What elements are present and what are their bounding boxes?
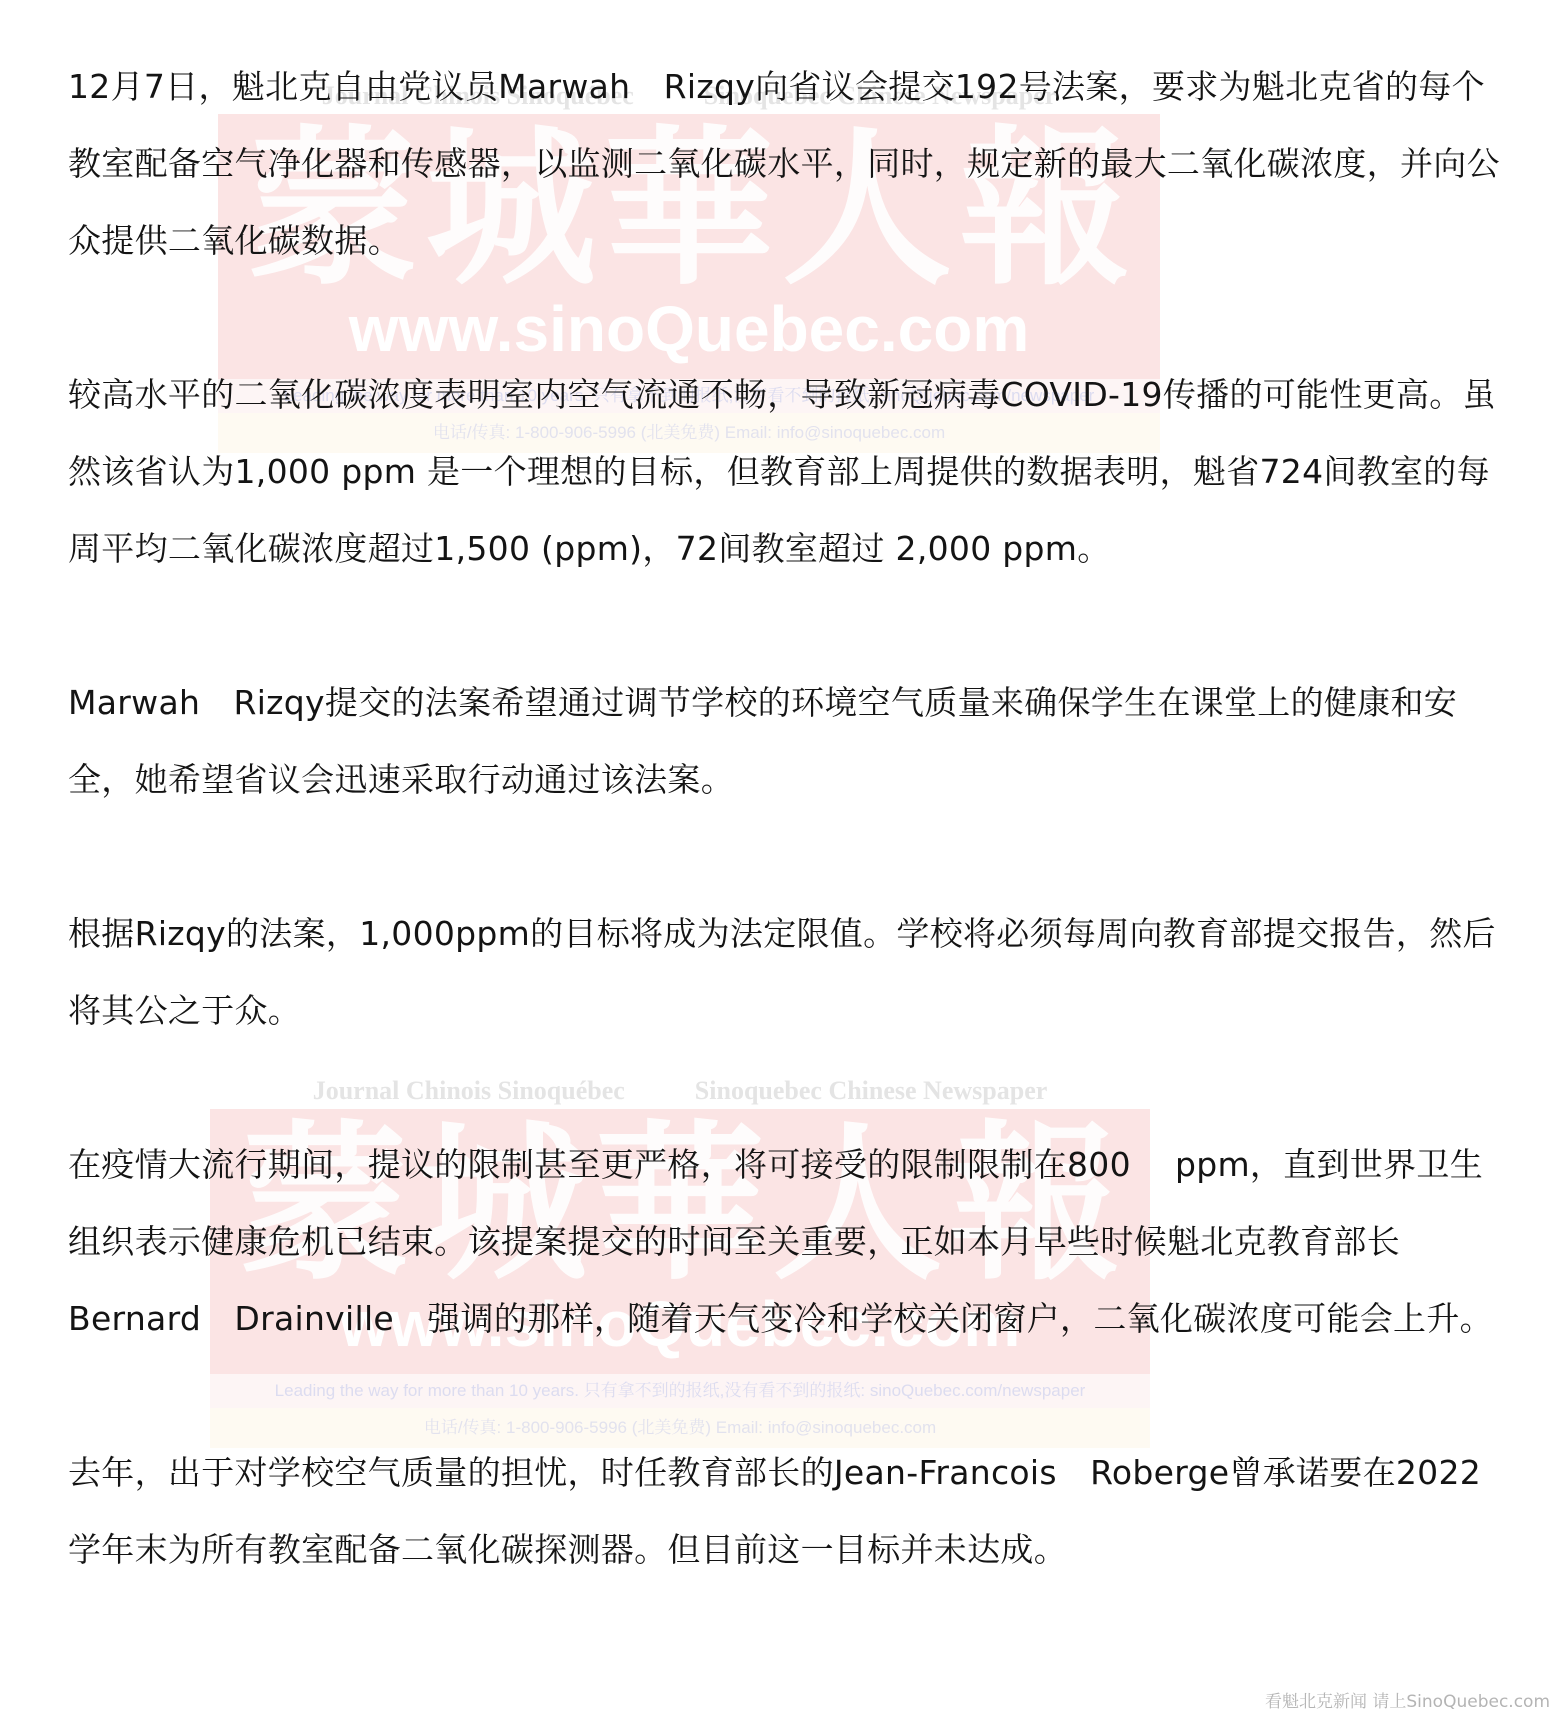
- article-paragraph: 根据Rizqy的法案，1,000ppm的目标将成为法定限值。学校将必须每周向教育…: [68, 895, 1508, 1049]
- article-body: 12月7日，魁北克自由党议员Marwah Rizqy向省议会提交192号法案，要…: [68, 48, 1508, 1588]
- article-paragraph: 去年，出于对学校空气质量的担忧，时任教育部长的Jean-Francois Rob…: [68, 1434, 1508, 1588]
- article-paragraph: 12月7日，魁北克自由党议员Marwah Rizqy向省议会提交192号法案，要…: [68, 48, 1508, 279]
- footer-source-note: 看魁北克新闻 请上SinoQuebec.com: [1265, 1687, 1550, 1712]
- article-paragraph: 在疫情大流行期间，提议的限制甚至更严格，将可接受的限制限制在800 ppm，直到…: [68, 1126, 1508, 1357]
- article-paragraph: Marwah Rizqy提交的法案希望通过调节学校的环境空气质量来确保学生在课堂…: [68, 664, 1508, 818]
- article-paragraph: 较高水平的二氧化碳浓度表明室内空气流通不畅，导致新冠病毒COVID-19传播的可…: [68, 356, 1508, 587]
